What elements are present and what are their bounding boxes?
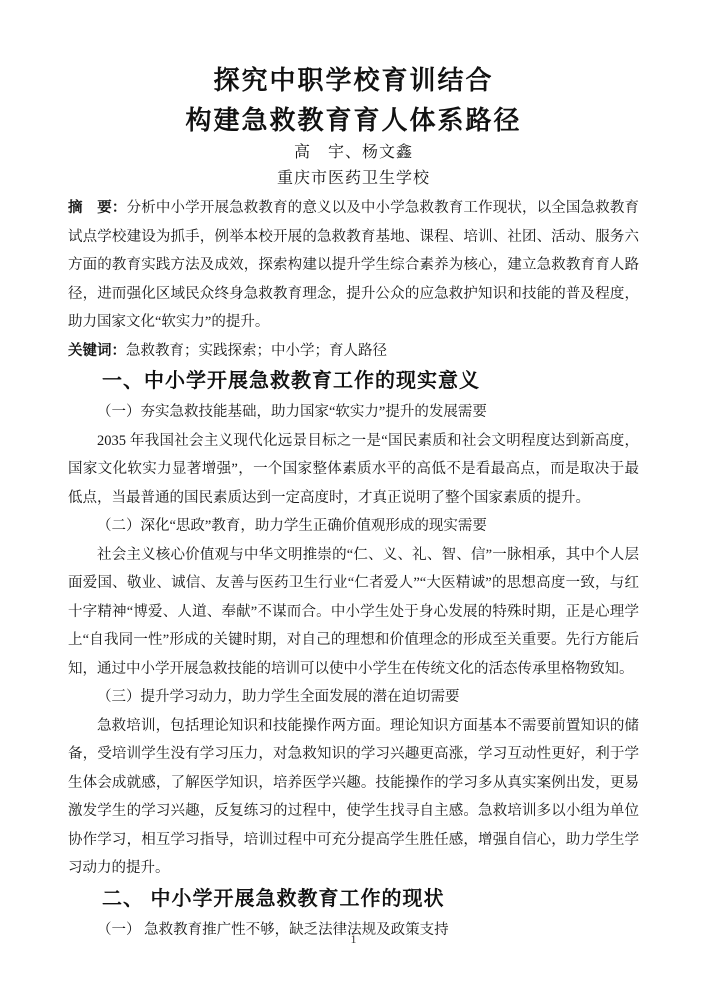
keywords-text: 急救教育；实践探索；中小学；育人路径: [126, 343, 387, 359]
authors: 高 宇、杨文鑫: [68, 140, 639, 166]
section-1-subheading-1: （一）夯实急救技能基础，助力国家“软实力”提升的发展需要: [68, 398, 639, 427]
paper-page: 探究中职学校育训结合 构建急救教育育人体系路径 高 宇、杨文鑫 重庆市医药卫生学…: [0, 0, 707, 999]
affiliation: 重庆市医药卫生学校: [68, 166, 639, 192]
keywords-label: 关键词：: [68, 343, 126, 359]
section-1-subheading-3: （三）提升学习动力，助力学生全面发展的潜在迫切需要: [68, 683, 639, 712]
section-1-paragraph-3: 急救培训，包括理论知识和技能操作两方面。理论知识方面基本不需要前置知识的储备，受…: [68, 712, 639, 883]
paper-title-line-1: 探究中职学校育训结合: [68, 60, 639, 100]
paper-title-line-2: 构建急救教育育人体系路径: [68, 100, 639, 140]
abstract-label: 摘 要：: [68, 200, 127, 216]
section-1-heading: 一、中小学开展急救教育工作的现实意义: [68, 365, 639, 398]
paper-title: 探究中职学校育训结合 构建急救教育育人体系路径: [68, 60, 639, 140]
section-1-paragraph-2: 社会主义核心价值观与中华文明推崇的“仁、义、礼、智、信”一脉相承，其中个人层面爱…: [68, 541, 639, 684]
page-number: 1: [0, 932, 707, 947]
abstract: 摘 要：分析中小学开展急救教育的意义以及中小学急救教育工作现状，以全国急救教育试…: [68, 194, 639, 337]
keywords: 关键词：急救教育；实践探索；中小学；育人路径: [68, 337, 639, 366]
abstract-text: 分析中小学开展急救教育的意义以及中小学急救教育工作现状，以全国急救教育试点学校建…: [68, 200, 639, 330]
section-1-subheading-2: （二）深化“思政”教育，助力学生正确价值观形成的现实需要: [68, 512, 639, 541]
section-2-heading: 二、 中小学开展急救教育工作的现状: [68, 883, 639, 916]
section-1-paragraph-1: 2035 年我国社会主义现代化远景目标之一是“国民素质和社会文明程度达到新高度，…: [68, 427, 639, 513]
